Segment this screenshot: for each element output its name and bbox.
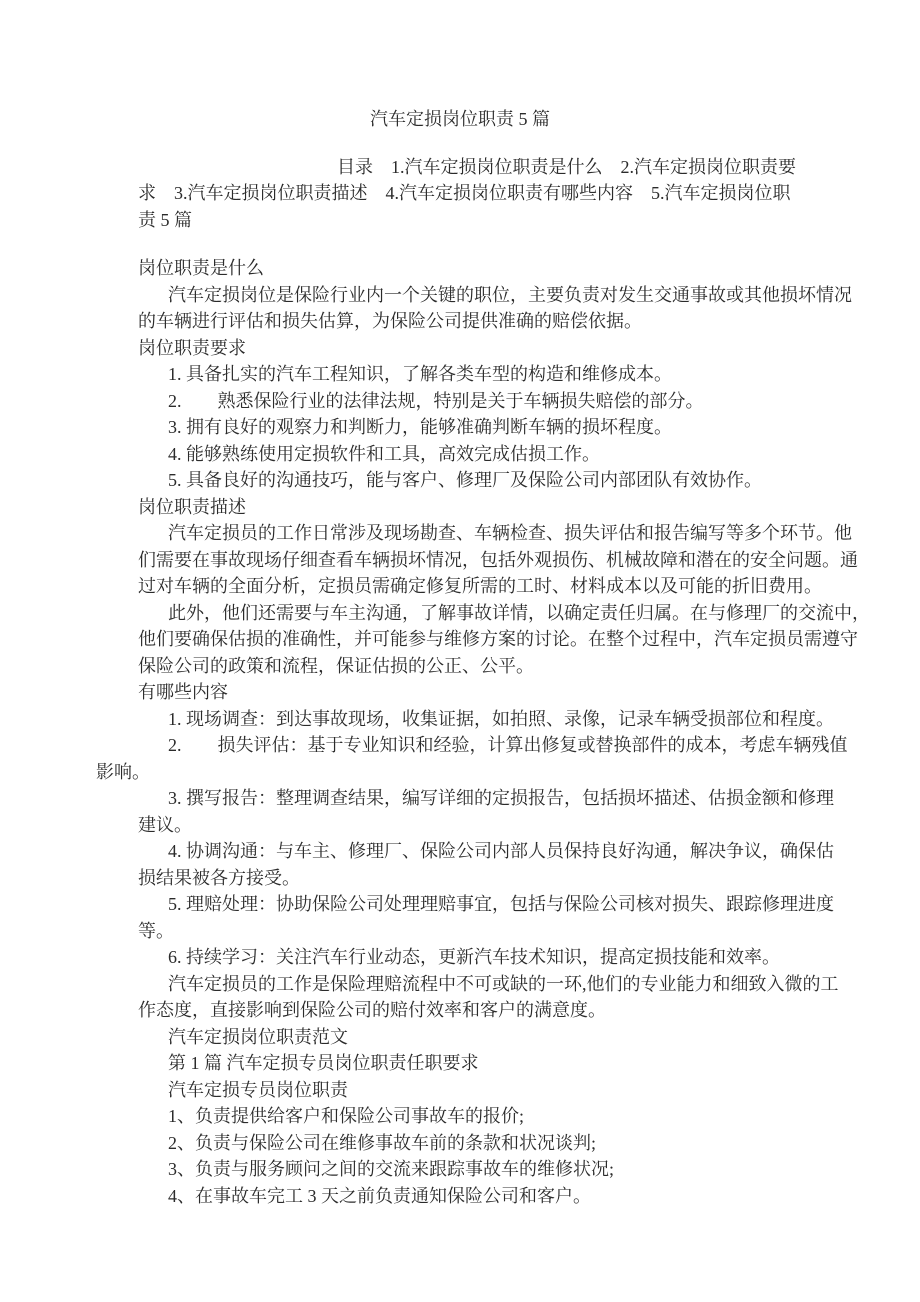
table-of-contents: 目录 1.汽车定损岗位职责是什么 2.汽车定损岗位职责要求 3.汽车定损岗位职责… (0, 154, 920, 234)
text-line: 1、负责提供给客户和保险公司事故车的报价; (168, 1103, 920, 1130)
text-line: 6. 持续学习：关注汽车行业动态，更新汽车技术知识，提高定损技能和效率。 (168, 944, 920, 971)
text-line: 2. 损失评估：基于专业知识和经验，计算出修复或替换部件的成本，考虑车辆残值 (168, 732, 782, 759)
text-line: 2. 熟悉保险行业的法律法规，特别是关于车辆损失赔偿的部分。 (168, 388, 920, 415)
text-line: 3. 拥有良好的观察力和判断力，能够准确判断车辆的损坏程度。 (168, 414, 920, 441)
document-page: 汽车定损岗位职责 5 篇 目录 1.汽车定损岗位职责是什么 2.汽车定损岗位职责… (0, 0, 920, 1302)
text-line: 汽车定损岗位职责范文 (168, 1024, 920, 1051)
text-line: 等。 (138, 918, 920, 945)
text-line: 1. 现场调查：到达事故现场，收集证据，如拍照、录像，记录车辆受损部位和程度。 (168, 706, 920, 733)
text-line: 3. 撰写报告：整理调查结果，编写详细的定损报告，包括损坏描述、估损金额和修理 (168, 785, 782, 812)
text-line: 影响。 (96, 759, 920, 786)
text-line: 岗位职责要求 (138, 335, 920, 362)
text-line: 建议。 (138, 812, 920, 839)
document-body: 岗位职责是什么汽车定损岗位是保险行业内一个关键的职位，主要负责对发生交通事故或其… (0, 255, 920, 1209)
text-line: 4、在事故车完工 3 天之前负责通知保险公司和客户。 (168, 1183, 920, 1210)
text-line: 们需要在事故现场仔细查看车辆损坏情况，包括外观损伤、机械故障和潜在的安全问题。通 (138, 547, 782, 574)
toc-line: 责 5 篇 (138, 207, 920, 234)
text-line: 3、负责与服务顾问之间的交流来跟踪事故车的维修状况; (168, 1156, 920, 1183)
text-line: 汽车定损员的工作日常涉及现场勘查、车辆检查、损失评估和报告编写等多个环节。他 (168, 520, 782, 547)
text-line: 岗位职责是什么 (138, 255, 920, 282)
text-line: 汽车定损员的工作是保险理赔流程中不可或缺的一环,他们的专业能力和细致入微的工 (168, 971, 782, 998)
text-line: 过对车辆的全面分析，定损员需确定修复所需的工时、材料成本以及可能的折旧费用。 (138, 573, 920, 600)
text-line: 汽车定损专员岗位职责 (168, 1077, 920, 1104)
text-line: 有哪些内容 (138, 679, 920, 706)
text-line: 4. 协调沟通：与车主、修理厂、保险公司内部人员保持良好沟通，解决争议，确保估 (168, 838, 782, 865)
text-line: 作态度，直接影响到保险公司的赔付效率和客户的满意度。 (138, 997, 920, 1024)
text-line: 损结果被各方接受。 (138, 865, 920, 892)
toc-line: 求 3.汽车定损岗位职责描述 4.汽车定损岗位职责有哪些内容 5.汽车定损岗位职 (138, 180, 782, 207)
document-title: 汽车定损岗位职责 5 篇 (138, 106, 782, 133)
text-line: 5. 理赔处理：协助保险公司处理理赔事宜，包括与保险公司核对损失、跟踪修理进度 (168, 891, 782, 918)
text-line: 保险公司的政策和流程，保证估损的公正、公平。 (138, 653, 920, 680)
text-line: 岗位职责描述 (138, 494, 920, 521)
text-line: 第 1 篇 汽车定损专员岗位职责任职要求 (168, 1050, 920, 1077)
text-line: 他们要确保估损的准确性，并可能参与维修方案的讨论。在整个过程中，汽车定损员需遵守 (138, 626, 782, 653)
text-line: 此外，他们还需要与车主沟通，了解事故详情，以确定责任归属。在与修理厂的交流中， (168, 600, 782, 627)
text-line: 汽车定损岗位是保险行业内一个关键的职位，主要负责对发生交通事故或其他损坏情况 (168, 282, 782, 309)
text-line: 2、负责与保险公司在维修事故车前的条款和状况谈判; (168, 1130, 920, 1157)
text-line: 的车辆进行评估和损失估算，为保险公司提供准确的赔偿依据。 (138, 308, 920, 335)
text-line: 1. 具备扎实的汽车工程知识，了解各类车型的构造和维修成本。 (168, 361, 920, 388)
document-content: 汽车定损岗位职责 5 篇 目录 1.汽车定损岗位职责是什么 2.汽车定损岗位职责… (0, 0, 920, 1209)
text-line: 5. 具备良好的沟通技巧，能与客户、修理厂及保险公司内部团队有效协作。 (168, 467, 920, 494)
toc-line: 目录 1.汽车定损岗位职责是什么 2.汽车定损岗位职责要 (337, 154, 782, 181)
text-line: 4. 能够熟练使用定损软件和工具，高效完成估损工作。 (168, 441, 920, 468)
